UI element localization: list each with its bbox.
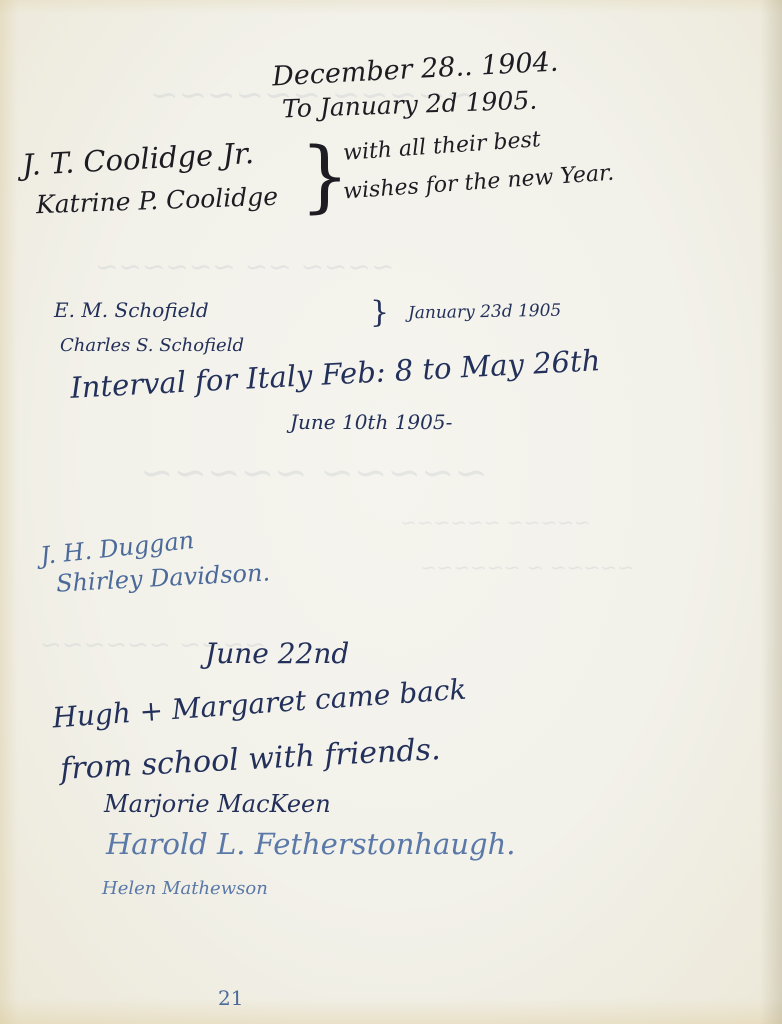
entry-4-signature-1: Marjorie MacKeen bbox=[104, 792, 331, 816]
entry-1-date-line-2: To January 2d 1905. bbox=[282, 88, 538, 122]
page-number: 21 bbox=[218, 988, 243, 1008]
entry-3-signature-1: J. H. Duggan bbox=[39, 528, 195, 568]
entry-4-note-line-2: from school with friends. bbox=[59, 735, 441, 785]
entry-2-date: January 23d 1905 bbox=[408, 303, 562, 323]
bleed-through-text: ~~~~~ ~ ~~~~~~ bbox=[420, 555, 634, 579]
entry-4-signature-2: Harold L. Fetherstonhaugh. bbox=[106, 830, 515, 859]
entry-1-signature-1: J. T. Coolidge Jr. bbox=[21, 139, 254, 180]
guestbook-page: ~~~~~ ~~~~~~ ~~~~ ~~ ~~~~~~ ~~~~~ ~~~~~ … bbox=[0, 0, 782, 1024]
entry-4-date: June 22nd bbox=[205, 640, 349, 668]
entry-4-note-line-1: Hugh + Margaret came back bbox=[52, 676, 468, 733]
entry-2-brace: } bbox=[370, 298, 389, 328]
entry-1-signature-2: Katrine P. Coolidge bbox=[36, 184, 279, 217]
entry-2-signature-1: E. M. Schofield bbox=[54, 300, 209, 320]
bleed-through-text: ~~~~ ~~ ~~~~~~ bbox=[95, 250, 394, 283]
entry-3-signature-2: Shirley Davidson. bbox=[56, 560, 271, 595]
entry-2-note-line-2: June 10th 1905- bbox=[290, 412, 452, 432]
entry-4-signature-3: Helen Mathewson bbox=[102, 880, 268, 898]
bleed-through-text: ~~~~~ ~~~~~ bbox=[140, 450, 488, 496]
entry-1-date-line-1: December 28.. 1904. bbox=[271, 49, 559, 91]
entry-1-note-line-2: wishes for the new Year. bbox=[343, 163, 615, 204]
bleed-through-text: ~~~~~ ~~~~~~ bbox=[400, 510, 591, 534]
entry-2-signature-2: Charles S. Schofield bbox=[60, 337, 244, 355]
entry-1-note-line-1: with all their best bbox=[342, 129, 541, 165]
